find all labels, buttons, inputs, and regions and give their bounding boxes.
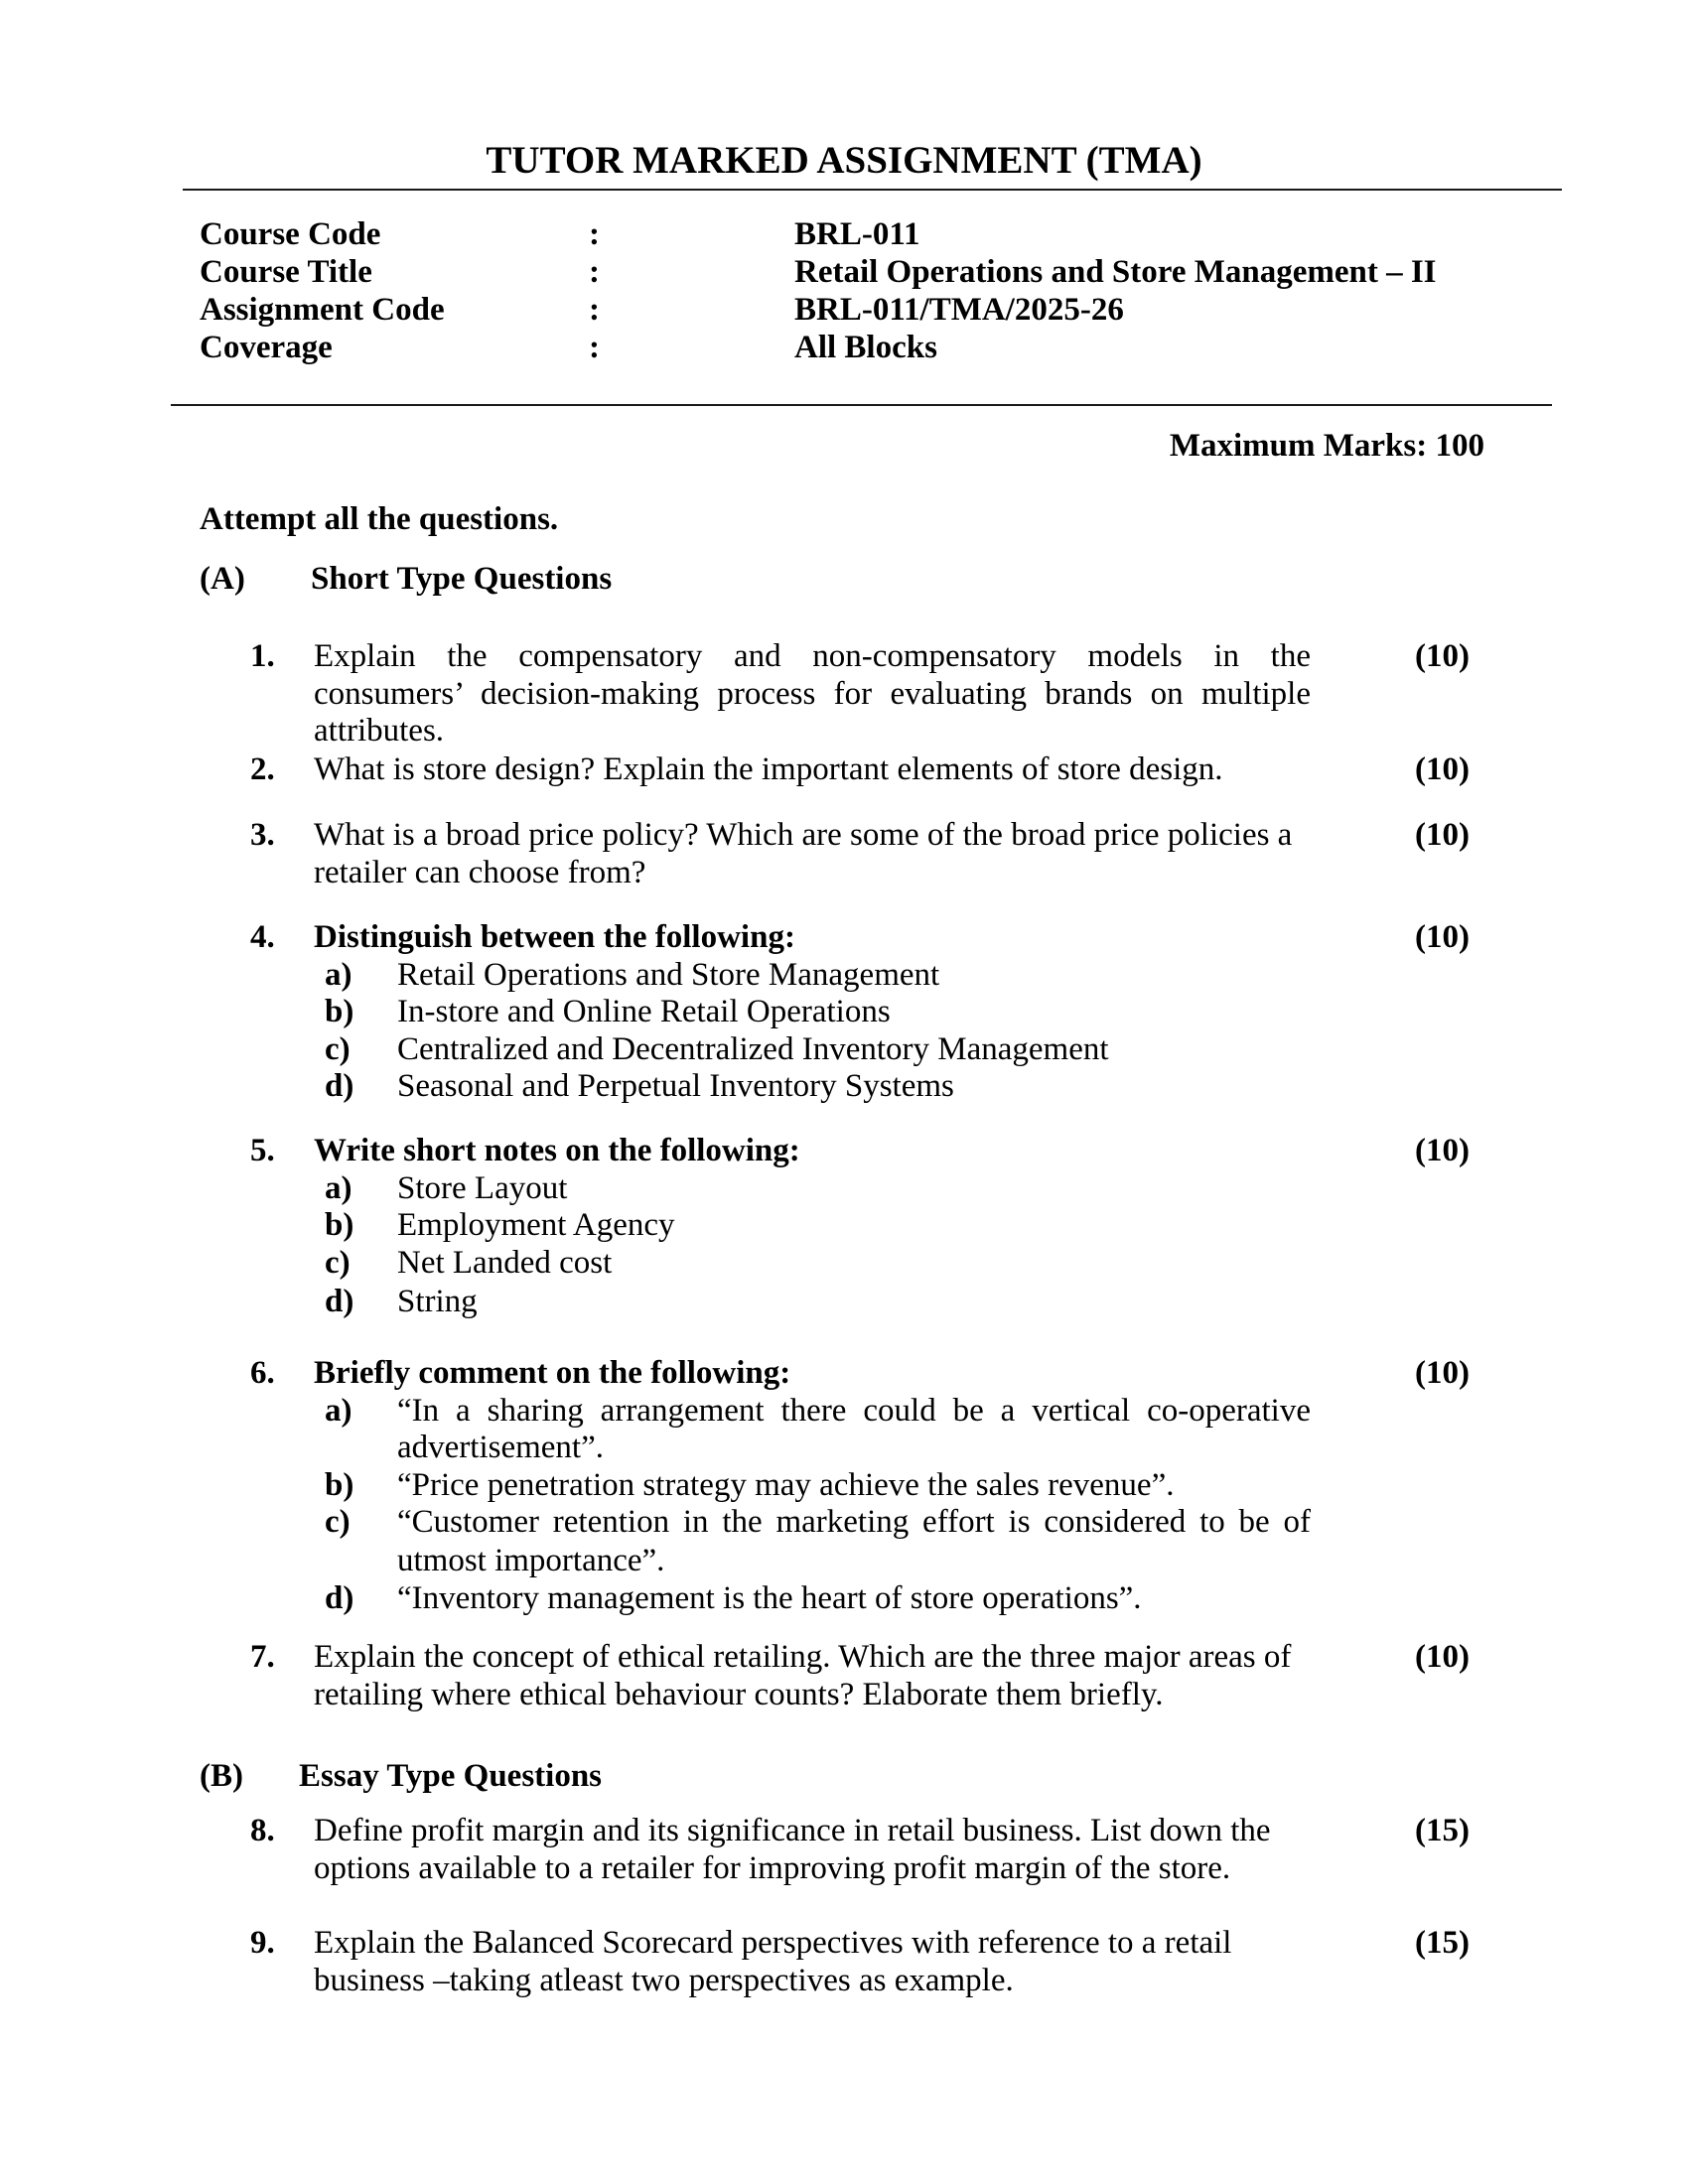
question-marks: (10): [1415, 753, 1470, 786]
question-number: 3.: [250, 819, 275, 852]
header-top-rule: [183, 189, 1562, 191]
assignment-code-label: Assignment Code: [200, 294, 445, 327]
document-title: TUTOR MARKED ASSIGNMENT (TMA): [0, 141, 1688, 180]
sub-item-label: d): [325, 1070, 353, 1103]
question-number: 4.: [250, 921, 275, 954]
question-marks: (10): [1415, 640, 1470, 673]
question-heading: Write short notes on the following:: [314, 1135, 800, 1167]
question-marks: (15): [1415, 1927, 1470, 1960]
course-code-label: Course Code: [200, 218, 380, 251]
question-marks: (10): [1415, 921, 1470, 954]
sub-item-label: c): [325, 1506, 351, 1539]
sub-item-text: String: [397, 1286, 478, 1318]
coverage-label: Coverage: [200, 332, 333, 364]
sub-item-label: c): [325, 1033, 351, 1066]
question-text-line: retailer can choose from?: [314, 857, 645, 889]
question-number: 7.: [250, 1641, 275, 1674]
sub-item-text: Retail Operations and Store Management: [397, 959, 939, 992]
course-title-sep: :: [589, 256, 600, 289]
sub-item-text: Centralized and Decentralized Inventory …: [397, 1033, 1109, 1066]
sub-item-text: “Customer retention in the marketing eff…: [397, 1506, 1311, 1539]
question-marks: (10): [1415, 1641, 1470, 1674]
sub-item-label: b): [325, 996, 353, 1028]
question-text-line: Explain the Balanced Scorecard perspecti…: [314, 1927, 1231, 1960]
sub-item-label: d): [325, 1582, 353, 1615]
course-code-value: BRL-011: [794, 218, 920, 251]
sub-item-label: c): [325, 1247, 351, 1280]
sub-item-text: Store Layout: [397, 1172, 567, 1205]
question-text-line: Explain the concept of ethical retailing…: [314, 1641, 1291, 1674]
section-a-title: Short Type Questions: [311, 563, 612, 596]
assignment-code-value: BRL-011/TMA/2025-26: [794, 294, 1124, 327]
question-heading: Briefly comment on the following:: [314, 1357, 790, 1390]
sub-item-text: advertisement”.: [397, 1432, 604, 1464]
sub-item-label: a): [325, 1395, 352, 1428]
question-text-line: business –taking atleast two perspective…: [314, 1965, 1014, 1997]
sub-item-label: d): [325, 1286, 353, 1318]
course-title-value: Retail Operations and Store Management –…: [794, 256, 1437, 289]
assignment-code-sep: :: [589, 294, 600, 327]
question-text-line: Define profit margin and its significanc…: [314, 1815, 1271, 1847]
sub-item-label: b): [325, 1469, 353, 1502]
sub-item-text: “Inventory management is the heart of st…: [397, 1582, 1142, 1615]
sub-item-text: “Price penetration strategy may achieve …: [397, 1469, 1174, 1502]
question-number: 1.: [250, 640, 275, 673]
sub-item-text: Seasonal and Perpetual Inventory Systems: [397, 1070, 954, 1103]
section-b-title: Essay Type Questions: [299, 1760, 602, 1793]
question-number: 2.: [250, 753, 275, 786]
question-marks: (10): [1415, 819, 1470, 852]
question-number: 8.: [250, 1815, 275, 1847]
section-a-label: (A): [200, 563, 245, 596]
course-code-sep: :: [589, 218, 600, 251]
section-b-label: (B): [200, 1760, 243, 1793]
question-text-line: retailing where ethical behaviour counts…: [314, 1679, 1164, 1711]
coverage-value: All Blocks: [794, 332, 937, 364]
sub-item-text: “In a sharing arrangement there could be…: [397, 1395, 1311, 1428]
question-heading: Distinguish between the following:: [314, 921, 795, 954]
instruction: Attempt all the questions.: [200, 503, 558, 536]
question-marks: (15): [1415, 1815, 1470, 1847]
question-number: 9.: [250, 1927, 275, 1960]
sub-item-label: a): [325, 959, 352, 992]
question-text-line: What is a broad price policy? Which are …: [314, 819, 1292, 852]
question-text-line: What is store design? Explain the import…: [314, 753, 1223, 786]
question-text-line: attributes.: [314, 715, 444, 748]
sub-item-text: Employment Agency: [397, 1209, 675, 1242]
sub-item-text: utmost importance”.: [397, 1545, 664, 1577]
coverage-sep: :: [589, 332, 600, 364]
course-title-label: Course Title: [200, 256, 372, 289]
sub-item-text: Net Landed cost: [397, 1247, 612, 1280]
question-marks: (10): [1415, 1357, 1470, 1390]
question-text-line: Explain the compensatory and non-compens…: [314, 640, 1311, 673]
question-marks: (10): [1415, 1135, 1470, 1167]
maximum-marks: Maximum Marks: 100: [1170, 430, 1484, 463]
question-text-line: options available to a retailer for impr…: [314, 1852, 1230, 1885]
sub-item-label: a): [325, 1172, 352, 1205]
question-number: 5.: [250, 1135, 275, 1167]
question-text-line: consumers’ decision-making process for e…: [314, 678, 1311, 711]
sub-item-label: b): [325, 1209, 353, 1242]
question-number: 6.: [250, 1357, 275, 1390]
header-bottom-rule: [171, 404, 1552, 406]
sub-item-text: In-store and Online Retail Operations: [397, 996, 891, 1028]
